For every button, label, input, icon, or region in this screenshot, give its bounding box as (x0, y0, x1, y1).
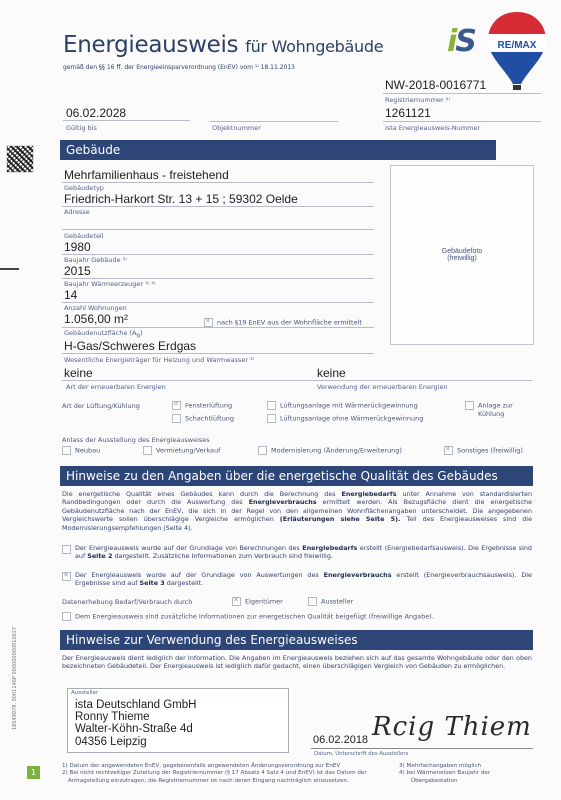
divider (383, 121, 541, 122)
checkbox[interactable] (308, 597, 317, 606)
checkbox[interactable] (62, 572, 71, 581)
checkbox[interactable] (258, 446, 267, 455)
checkbox[interactable] (62, 545, 71, 554)
option-fensterlueftung[interactable]: Fensterlüftung (172, 401, 232, 410)
section-bar-hinweise-verwendung: Hinweise zur Verwendung des Energieauswe… (60, 630, 533, 650)
option-modernisierung[interactable]: Modernisierung (Änderung/Erweiterung) (258, 446, 402, 455)
ista-nummer-label: ista Energieausweis-Nummer (385, 124, 480, 132)
section-bar-hinweise-qualitaet: Hinweise zu den Angaben über die energet… (60, 466, 533, 486)
gueltig-bis-value: 06.02.2028 (66, 106, 126, 120)
signature-line (311, 748, 533, 749)
title-main: Energieausweis (63, 32, 238, 58)
fold-mark (0, 268, 19, 270)
remax-balloon-logo: RE/MAX (486, 10, 548, 92)
energietraeger-label: Wesentliche Energieträger für Heizung un… (64, 356, 254, 364)
aussteller-line-1: ista Deutschland GmbH (75, 699, 196, 711)
objektnummer-label: Objektnummer (212, 124, 261, 132)
divider (62, 206, 374, 207)
nach-19-enev-checkbox[interactable] (204, 318, 213, 327)
art-erneuerbar-value: keine (64, 366, 93, 380)
datamatrix-code (6, 145, 34, 173)
anzahl-wohnungen-label: Anzahl Wohnungen (64, 304, 127, 312)
option-lueftungsanlage-mit-wrg[interactable]: Lüftungsanlage mit Wärmerückgewinnung (267, 401, 418, 410)
divider (210, 121, 338, 122)
verwendung-paragraph: Der Energieausweis dient lediglich der I… (62, 654, 532, 671)
checkbox[interactable] (62, 612, 71, 621)
divider (62, 182, 374, 183)
nach-19-enev-label: nach §19 EnEV aus der Wohnfläche ermitte… (217, 319, 362, 327)
baujahr-gebaeude-label: Baujahr Gebäude ³⁾ (64, 256, 127, 264)
gueltig-bis-label: Gültig bis (66, 124, 97, 132)
divider (63, 120, 190, 121)
adresse-value: Friedrich-Harkort Str. 13 + 15 ; 59302 O… (64, 192, 298, 206)
option-verbrauchsausweis[interactable]: Der Energieausweis wurde auf der Grundla… (62, 571, 532, 588)
aussteller-line-3: Walter-Köhn-Straße 4d (75, 723, 193, 735)
page-number-badge: 1 (27, 766, 40, 779)
option-schachtlueftung[interactable]: Schachtlüftung (172, 414, 234, 423)
checkbox[interactable] (172, 414, 181, 423)
baujahr-waermeerzeuger-value: 2015 (64, 264, 91, 278)
nutzflaeche-value: 1.056,00 m² (64, 312, 128, 326)
lueftung-label: Art der Lüftung/Kühlung (62, 402, 140, 410)
energietraeger-value: H-Gas/Schweres Erdgas (64, 339, 196, 353)
divider (62, 278, 374, 279)
checkbox[interactable] (444, 446, 453, 455)
nutzflaeche-label: Gebäudenutzfläche (AN) (64, 329, 143, 339)
section-bar-gebaeude: Gebäude (60, 140, 496, 160)
option-zusaetzliche-info[interactable]: Dem Energieausweis sind zusätzliche Info… (62, 612, 434, 621)
option-vermietung-verkauf[interactable]: Vermietung/Verkauf (143, 446, 220, 455)
signature-label: Datum, Unterschrift des Ausstellers (314, 751, 408, 757)
option-anlage-zur-kuehlung[interactable]: Anlage zurKühlung (465, 401, 513, 418)
anlass-label: Anlass der Ausstellung des Energieauswei… (62, 436, 210, 444)
qualitaet-paragraph: Die energetische Qualität eines Gebäudes… (62, 490, 532, 532)
gebaeudeteil-label: Gebäudeteil (64, 232, 104, 240)
registriernummer-value: NW-2018-0016771 (385, 78, 486, 92)
registriernummer-label: Registriernummer ²⁾ (385, 96, 450, 104)
divider (62, 254, 374, 255)
ista-logo: iS (447, 24, 475, 59)
gebaeudetyp-value: Mehrfamilienhaus - freistehend (64, 168, 229, 182)
footnotes-left: 1) Datum der angewendeten EnEV, gegebene… (62, 763, 372, 785)
option-lueftungsanlage-ohne-wrg[interactable]: Lüftungsanlage ohne Wärmerückgewinnung (267, 414, 423, 423)
divider (62, 327, 374, 328)
anzahl-wohnungen-value: 14 (64, 288, 77, 302)
baujahr-gebaeude-value: 1980 (64, 240, 91, 254)
checkbox[interactable] (172, 401, 181, 410)
divider (383, 93, 541, 94)
divider (62, 302, 374, 303)
checkbox[interactable] (232, 597, 241, 606)
option-bedarfsausweis[interactable]: Der Energieausweis wurde auf der Grundla… (62, 544, 532, 561)
svg-text:RE/MAX: RE/MAX (498, 40, 537, 51)
divider (62, 380, 532, 381)
aussteller-line-2: Ronny Thieme (75, 711, 150, 723)
option-neubau[interactable]: Neubau (62, 446, 100, 455)
photo-label: Gebäudefoto (442, 248, 482, 255)
baujahr-waermeerzeuger-label: Baujahr Wärmeerzeuger ³⁾ ⁴⁾ (64, 280, 156, 288)
checkbox[interactable] (143, 446, 152, 455)
datenerhebung-label: Datenerhebung Bedarf/Verbrauch durch (62, 598, 192, 606)
document-title: Energieausweis für Wohngebäude (63, 32, 383, 58)
divider (62, 229, 374, 230)
aussteller-line-4: 04356 Leipzig (75, 736, 147, 748)
ausstellungsdatum: 06.02.2018 (313, 734, 368, 746)
signature: Rcig Thiem (372, 712, 532, 742)
checkbox[interactable] (267, 401, 276, 410)
verwendung-erneuerbar-label: Verwendung der erneuerbaren Energien (317, 383, 448, 391)
divider (62, 353, 374, 354)
verwendung-erneuerbar-value: keine (317, 366, 346, 380)
building-photo-placeholder: Gebäudefoto (freiwillig) (390, 165, 534, 345)
option-sonstiges[interactable]: Sonstiges (freiwillig) (444, 446, 523, 455)
footnotes-right: 3) Mehrfachangaben möglich 4) bei Wärmen… (399, 763, 539, 785)
subtitle: gemäß den §§ 16 ff. der Energieeinsparve… (63, 64, 295, 71)
option-aussteller[interactable]: Aussteller (308, 597, 353, 606)
ista-nummer-value: 1261121 (385, 106, 431, 120)
checkbox[interactable] (465, 401, 474, 410)
checkbox[interactable] (62, 446, 71, 455)
nach-19-enev-option: nach §19 EnEV aus der Wohnfläche ermitte… (204, 318, 362, 327)
art-erneuerbar-label: Art der erneuerbaren Energien (66, 383, 166, 391)
vertical-barcode-text: 18549978, 0001146P 000000000010027 (12, 627, 18, 730)
checkbox[interactable] (267, 414, 276, 423)
gebaeudetyp-label: Gebäudetyp (64, 184, 104, 192)
title-sub: für Wohngebäude (245, 37, 383, 56)
aussteller-label: Aussteller (71, 690, 98, 696)
option-eigentuemer[interactable]: Eigentümer (232, 597, 283, 606)
photo-label-optional: (freiwillig) (442, 255, 482, 262)
adresse-label: Adresse (64, 208, 90, 216)
